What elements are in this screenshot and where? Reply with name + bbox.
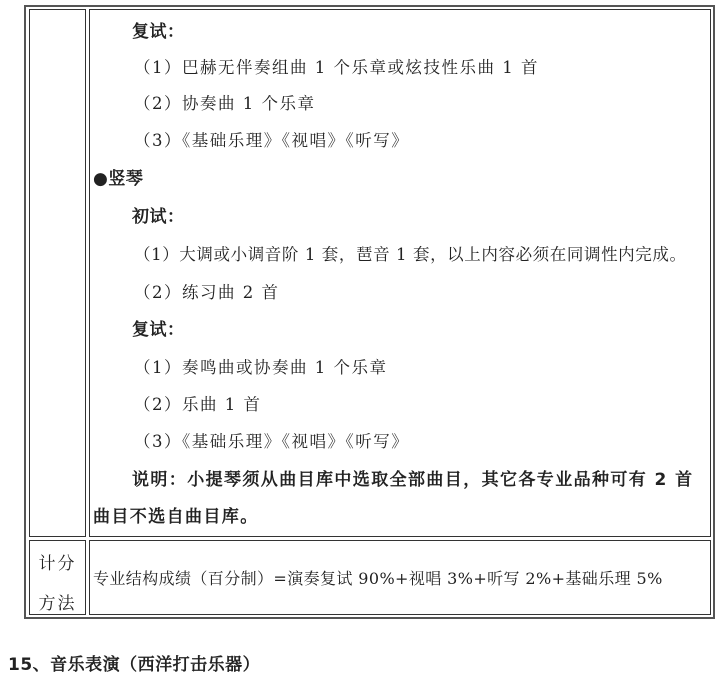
initial-test-heading: 初试： (132, 207, 185, 227)
table-label-cell-empty (29, 9, 86, 537)
retest-heading: 复试： (132, 22, 185, 42)
retest-item-3: （3）《基础乐理》《视唱》《听写》 (134, 131, 409, 151)
scoring-formula: 专业结构成绩（百分制）=演奏复试 90%+视唱 3%+听写 2%+基础乐理 5% (93, 569, 663, 589)
initial-item-1: （1）大调或小调音阶 1 套，琶音 1 套，以上内容必须在同调性内完成。 (134, 245, 687, 265)
retest-heading-2: 复试： (132, 320, 185, 340)
retest-item-2: （2）协奏曲 1 个乐章 (134, 94, 316, 114)
scoring-label-line-2: 方法 (29, 589, 86, 614)
retest2-item-1: （1）奏鸣曲或协奏曲 1 个乐章 (134, 358, 388, 378)
retest2-item-2: （2）乐曲 1 首 (134, 395, 262, 415)
retest-item-1: （1）巴赫无伴奏组曲 1 个乐章或炫技性乐曲 1 首 (134, 58, 539, 78)
retest2-item-3: （3）《基础乐理》《视唱》《听写》 (134, 432, 409, 452)
table-content-cell-repertoire (89, 9, 711, 537)
section-heading: 15、音乐表演（西洋打击乐器） (8, 650, 260, 675)
instrument-title-harp: ●竖琴 (93, 169, 143, 189)
note-line-1: 说明：小提琴须从曲目库中选取全部曲目，其它各专业品种可有 2 首 (132, 470, 693, 490)
initial-item-2: （2）练习曲 2 首 (134, 283, 280, 303)
note-line-2: 曲目不选自曲目库。 (93, 507, 259, 527)
scoring-label-line-1: 计分 (29, 549, 86, 574)
